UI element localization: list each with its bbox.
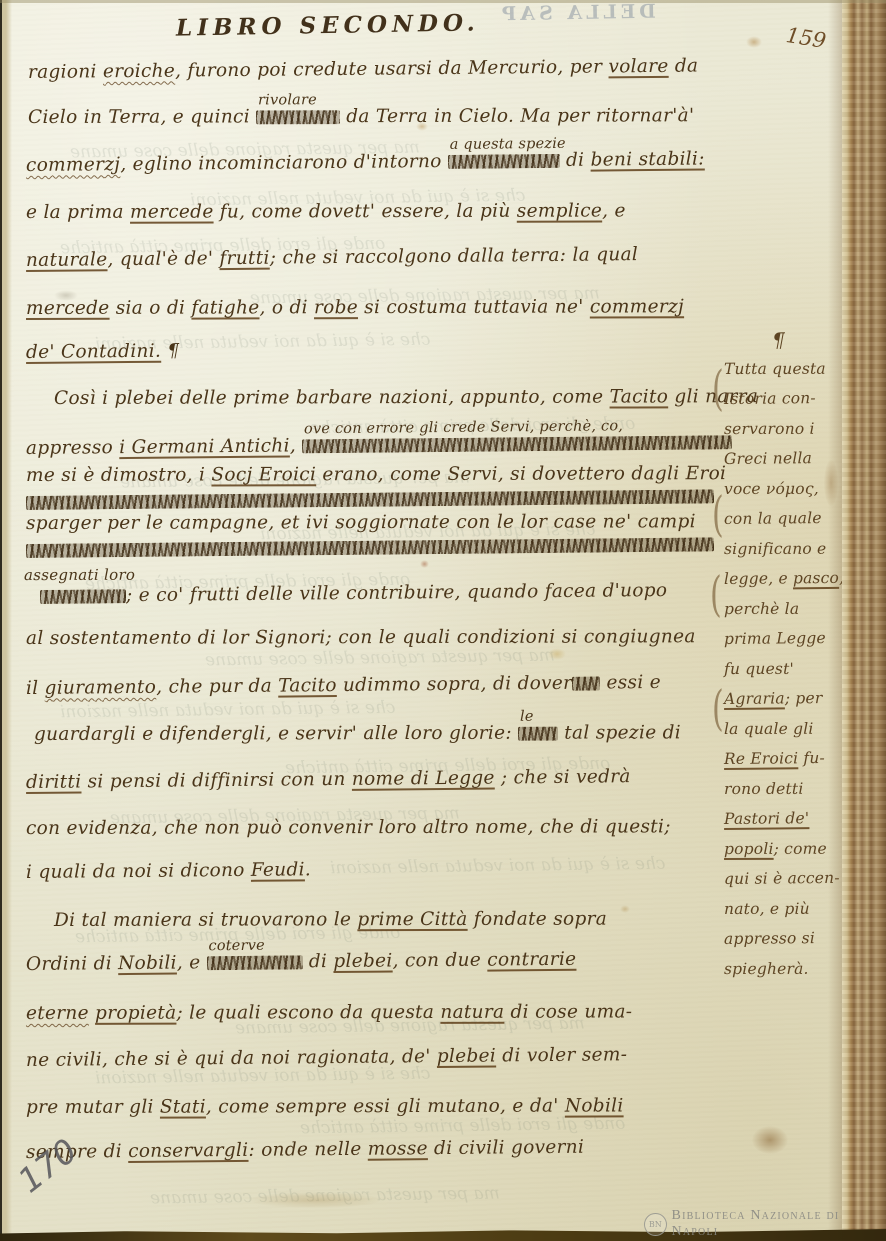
margin-note-line: perchè la: [724, 600, 799, 618]
interlinear-insertion: coterve: [208, 938, 265, 955]
scan-top-edge: [0, 0, 886, 3]
handwriting-segment: e la prima: [26, 202, 130, 223]
handwriting-segment: frutti: [219, 248, 269, 269]
handwriting-segment: eterne: [26, 1003, 89, 1024]
margin-paragraph-mark: ¶: [772, 328, 785, 352]
interlinear-insertion-anchor: coterve: [207, 951, 303, 973]
crossed-out-scribble: [26, 537, 714, 558]
handwriting-segment: , e: [602, 200, 626, 221]
paper-stain: [250, 1192, 380, 1208]
handwriting-segment: perchè la: [724, 600, 799, 618]
handwriting-segment: Agraria: [724, 689, 785, 708]
crossed-out-scribble: [572, 676, 600, 690]
handwriting-segment: fu quest': [724, 660, 794, 678]
margin-note-line: la quale gli: [724, 720, 814, 738]
handwriting-segment: al sostentamento di lor Signori; con le …: [26, 626, 696, 649]
manuscript-line: de' Contadini. ¶: [26, 341, 180, 363]
handwriting-segment: volare: [608, 56, 668, 78]
handwriting-segment: tal spezie di: [558, 722, 681, 743]
margin-brace: (: [712, 488, 724, 544]
handwriting-segment: plebei: [437, 1045, 496, 1067]
handwriting-segment: fondate sopra: [468, 909, 608, 930]
handwriting-segment: ne civili, che si è qui da noi ragionata…: [26, 1046, 437, 1071]
manuscript-line: e la prima mercede fu, come dovett' esse…: [26, 200, 626, 223]
handwriting-segment: legge, e: [724, 569, 793, 588]
handwriting-segment: di cose uma-: [504, 1001, 632, 1022]
manuscript-line: me si è dimostro, i Socj Eroici erano, c…: [26, 463, 726, 486]
margin-brace: (: [712, 682, 724, 738]
manuscript-line: al sostentamento di lor Signori; con le …: [26, 626, 696, 649]
handwriting-segment: ,: [290, 435, 303, 456]
margin-note-line: Istoria con-: [724, 389, 816, 408]
manuscript-line: Di tal maniera si truovarono le prime Ci…: [54, 909, 607, 931]
handwriting-segment: Così i plebei delle prime barbare nazion…: [54, 387, 610, 409]
margin-note-line: Greci nella: [724, 449, 812, 468]
page-curl-shadow: [828, 0, 842, 1241]
interlinear-insertion-anchor: ove con errore gli crede Servi, perchè, …: [302, 431, 732, 456]
handwriting-segment: di: [303, 951, 334, 972]
paper-stain: [620, 905, 630, 913]
handwriting-segment: , furono poi credute usarsi da Mercurio,…: [175, 56, 609, 81]
handwriting-segment: , o di: [259, 297, 314, 318]
handwriting-segment: ¶: [161, 341, 179, 362]
paper-stain: [746, 36, 762, 48]
handwriting-segment: plebei: [333, 950, 392, 972]
handwriting-segment: udimmo sopra, di dover: [337, 673, 573, 696]
handwriting-segment: il: [26, 678, 45, 699]
handwriting-segment: ; come: [774, 840, 827, 858]
handwriting-segment: da: [668, 56, 698, 77]
handwriting-segment: me si è dimostro, i: [26, 465, 211, 486]
handwriting-segment: conservargli: [128, 1140, 249, 1162]
handwriting-segment: naturale: [26, 249, 108, 271]
handwriting-segment: Di tal maniera si truovarono le: [54, 909, 357, 931]
interlinear-insertion: rivolare: [258, 92, 317, 108]
manuscript-line: guardargli e difendergli, e servir' alle…: [34, 722, 681, 745]
handwriting-segment: popoli: [724, 840, 774, 858]
page-title: LIBRO SECONDO.: [176, 9, 480, 41]
handwriting-segment: qui si è accen-: [724, 869, 840, 888]
margin-note-line: prima Legge: [724, 629, 826, 648]
handwriting-segment: si pensi di diffinirsi con un: [81, 769, 352, 793]
handwriting-segment: mosse: [368, 1138, 428, 1160]
handwriting-segment: Re Eroici: [724, 749, 798, 768]
handwriting-segment: Greci nella: [724, 449, 812, 468]
manuscript-line: Così i plebei delle prime barbare nazion…: [54, 386, 758, 409]
interlinear-insertion-anchor: le: [518, 723, 558, 744]
crossed-out-scribble: [40, 589, 126, 604]
book-fore-edge: [842, 0, 886, 1241]
handwriting-segment: appresso si: [724, 929, 815, 948]
margin-note-line: legge, e pasco,: [724, 569, 844, 588]
handwriting-segment: rono detti: [724, 780, 804, 798]
margin-note-line: appresso si: [724, 929, 815, 948]
scan-left-edge: [0, 0, 12, 1241]
handwriting-segment: semplice: [517, 200, 602, 221]
margin-brace: (: [710, 568, 722, 624]
handwriting-segment: mercede: [130, 202, 214, 223]
handwriting-segment: significano e: [724, 540, 826, 558]
handwriting-segment: ; che si raccolgono dalla terra: la qual: [270, 244, 639, 269]
handwriting-segment: ragioni: [28, 61, 103, 83]
handwriting-segment: ; che si vedrà: [495, 766, 631, 788]
handwriting-segment: i Germani Antichi: [119, 435, 290, 458]
manuscript-line: sparger per le campagne, et ivi soggiorn…: [26, 511, 696, 534]
margin-brace: (: [712, 362, 724, 418]
library-watermark-label: Biblioteca Nazionale di Napoli: [672, 1208, 886, 1240]
handwriting-segment: Ordini di: [26, 953, 118, 975]
margin-note-line: significano e: [724, 540, 826, 558]
handwriting-segment: di civili governi: [428, 1137, 585, 1159]
handwriting-segment: pre mutar gli: [26, 1097, 160, 1118]
library-watermark: BN Biblioteca Nazionale di Napoli: [644, 1208, 886, 1240]
handwriting-segment: da Terra in Cielo. Ma per ritornar'à': [340, 105, 694, 127]
manuscript-line: con evidenza, che non può convenir loro …: [26, 816, 671, 839]
crossed-out-scribble: [518, 727, 558, 741]
handwriting-segment: : onde nelle: [248, 1139, 367, 1161]
handwriting-segment: fatighe: [191, 297, 259, 318]
paper-stain: [752, 1126, 788, 1154]
handwriting-segment: de' Contadini.: [26, 341, 161, 363]
handwriting-segment: commerzj: [26, 154, 120, 176]
manuscript-line: assegnati loro: [24, 566, 135, 584]
manuscript-line: i quali da noi si dicono Feudi.: [26, 859, 311, 883]
manuscript-line: pre mutar gli Stati, come sempre essi gl…: [26, 1095, 624, 1118]
handwriting-segment: appresso: [26, 437, 119, 459]
handwriting-segment: eroiche: [103, 61, 175, 83]
manuscript-line: eterne propietà; le quali escono da ques…: [26, 1001, 632, 1024]
crossed-out-scribble: [256, 110, 340, 124]
paper-stain: [420, 560, 429, 568]
interlinear-insertion-anchor: a questa spezie: [448, 150, 560, 172]
handwriting-segment: Feudi: [251, 859, 305, 881]
handwriting-segment: , come sempre essi gli mutano, e da': [206, 1096, 565, 1118]
handwriting-segment: voce νόμος,: [724, 480, 819, 498]
margin-note-line: Tutta questa: [724, 360, 826, 378]
handwriting-segment: si costuma tuttavia ne': [358, 297, 590, 319]
manuscript-line: mercede sia o di fatighe, o di robe si c…: [26, 296, 684, 319]
handwriting-segment: spiegherà.: [724, 960, 809, 978]
handwriting-segment: ; le quali escono da questa: [176, 1002, 440, 1024]
handwriting-segment: mercede: [26, 298, 110, 319]
handwriting-segment: Tutta questa: [724, 360, 826, 378]
handwriting-segment: prime Città: [357, 909, 467, 930]
handwriting-segment: con evidenza, che non può convenir loro …: [26, 816, 671, 839]
margin-note-line: servarono i: [724, 420, 815, 438]
handwriting-segment: i quali da noi si dicono: [26, 860, 251, 883]
margin-note-line: spiegherà.: [724, 960, 809, 978]
crossed-out-scribble: [448, 154, 560, 169]
handwriting-segment: fu-: [798, 749, 825, 767]
crossed-out-scribble: [26, 489, 714, 510]
margin-note-line: fu quest': [724, 660, 794, 678]
handwriting-segment: Stati: [160, 1097, 206, 1118]
handwriting-segment: , che pur da: [156, 676, 278, 698]
paper-stain: [416, 122, 428, 131]
manuscript-line: Cielo in Terra, e quinci rivolare da Ter…: [28, 105, 694, 128]
crossed-out-scribble: [207, 955, 303, 970]
paper-stain: [548, 648, 566, 660]
margin-note-line: qui si è accen-: [724, 869, 840, 888]
margin-note-line: Agraria; per: [724, 689, 823, 708]
handwriting-segment: la quale gli: [724, 720, 814, 738]
handwriting-segment: sia o di: [110, 298, 192, 319]
margin-note-line: con la quale: [724, 509, 822, 528]
handwriting-segment: propietà: [95, 1003, 176, 1024]
handwriting-segment: giuramento: [45, 677, 157, 699]
handwriting-segment: erano, come Servi, si dovettero dagli Er…: [316, 463, 726, 485]
handwriting-segment: robe: [314, 297, 358, 318]
handwriting-segment: sparger per le campagne, et ivi soggiorn…: [26, 511, 696, 534]
handwriting-segment: fu, come dovett' essere, la più: [214, 201, 517, 223]
interlinear-insertion-anchor: rivolare: [256, 106, 340, 127]
interlinear-insertion: le: [520, 709, 534, 725]
handwriting-segment: prima Legge: [724, 629, 826, 648]
margin-note-line: popoli; come: [724, 840, 827, 858]
handwriting-segment: di voler sem-: [496, 1044, 627, 1066]
interlinear-insertion: ove con errore gli crede Servi, perchè, …: [304, 418, 623, 437]
handwriting-segment: natura: [440, 1002, 504, 1023]
handwriting-segment: Nobili: [118, 953, 177, 975]
handwriting-segment: beni stabili:: [590, 148, 704, 170]
handwriting-segment: di: [560, 150, 591, 171]
handwriting-segment: assegnati loro: [24, 566, 135, 584]
handwriting-segment: , con due: [392, 950, 487, 972]
handwriting-segment: , e: [177, 952, 207, 973]
handwriting-segment: ; per: [785, 689, 823, 707]
handwriting-segment: nome di Legge: [352, 768, 495, 790]
handwriting-segment: guardargli e difendergli, e servir' alle…: [34, 723, 518, 745]
handwriting-segment: Tacito: [610, 386, 669, 407]
handwriting-segment: con la quale: [724, 509, 822, 528]
handwriting-segment: Tacito: [278, 675, 337, 697]
handwriting-segment: diritti: [26, 771, 82, 793]
margin-note-line: voce νόμος,: [724, 480, 819, 498]
handwriting-segment: Istoria con-: [724, 389, 816, 408]
handwriting-segment: , eglino incominciarono d'intorno: [120, 151, 448, 175]
margin-note-line: nato, e più: [724, 900, 810, 918]
handwriting-segment: , qual'è de': [107, 248, 219, 270]
handwriting-segment: nato, e più: [724, 900, 810, 918]
margin-note-line: Re Eroici fu-: [724, 749, 825, 768]
paper-stain: [54, 290, 78, 301]
handwriting-segment: Cielo in Terra, e quinci: [28, 106, 256, 128]
handwriting-segment: commerzj: [590, 296, 684, 317]
library-logo-icon: BN: [644, 1213, 667, 1236]
crossed-out-scribble: [302, 435, 732, 453]
bleedthrough-running-title: DELLA SAP: [498, 1, 656, 26]
manuscript-scan: ma per questa ragione delle cose umanech…: [0, 0, 886, 1241]
handwriting-segment: .: [305, 859, 311, 880]
interlinear-insertion: a questa spezie: [450, 136, 566, 153]
handwriting-segment: Nobili: [565, 1095, 624, 1116]
handwriting-segment: contrarie: [487, 949, 576, 971]
handwriting-segment: essi e: [600, 672, 661, 694]
handwriting-segment: Socj Eroici: [211, 464, 316, 485]
margin-note-line: rono detti: [724, 780, 804, 798]
handwriting-segment: Pastori de': [724, 809, 810, 828]
margin-note-line: Pastori de': [724, 809, 810, 828]
handwriting-segment: servarono i: [724, 420, 815, 438]
